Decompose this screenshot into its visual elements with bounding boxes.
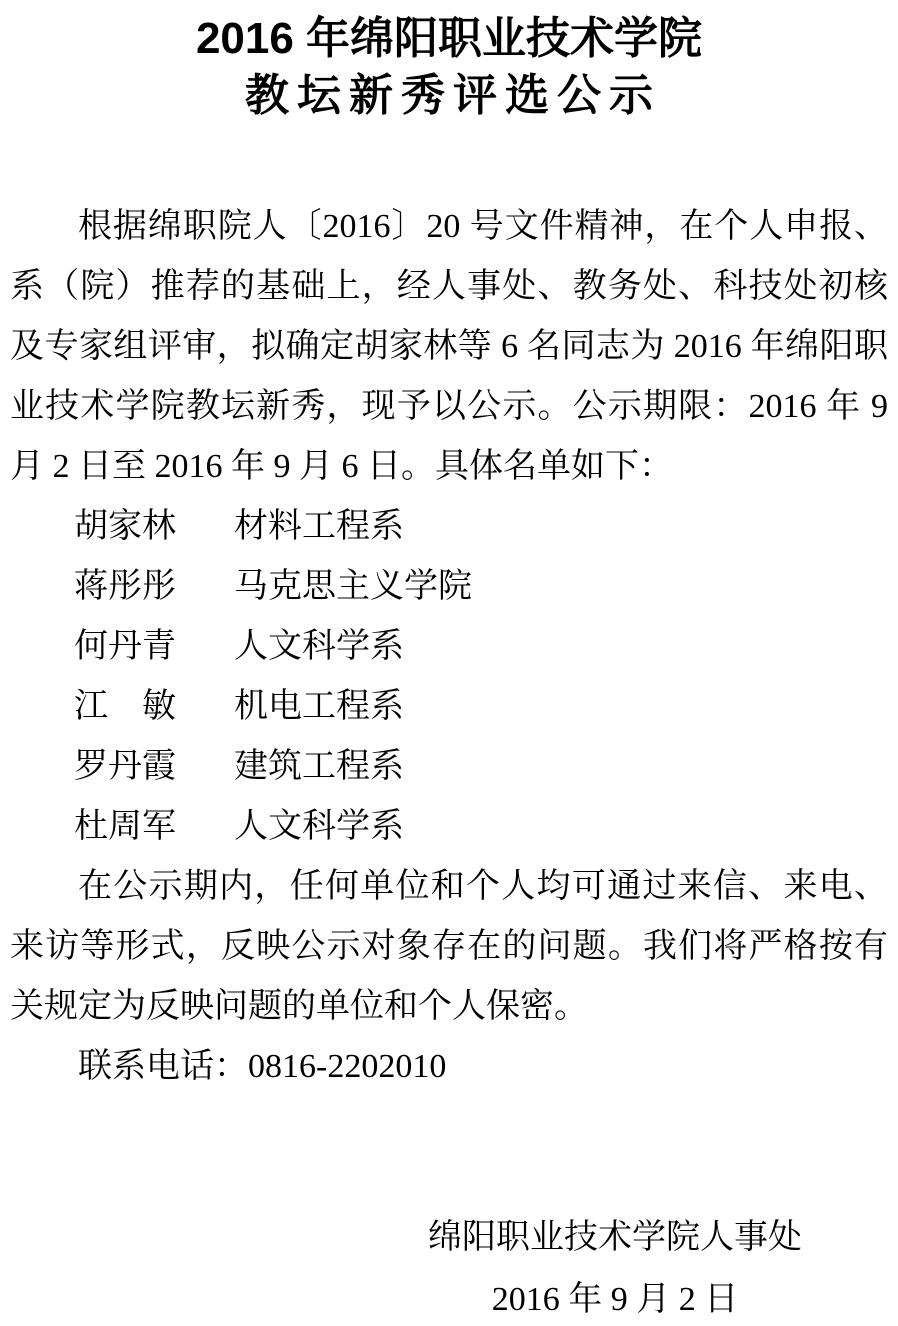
awardee-row: 胡家林材料工程系 [10, 497, 888, 557]
awardee-name: 罗丹霞 [74, 737, 234, 797]
document-title-line-1: 2016 年绵阳职业技术学院 [0, 10, 898, 67]
contact-phone: 联系电话：0816-2202010 [10, 1037, 888, 1097]
awardee-name: 杜周军 [74, 797, 234, 857]
paragraph-feedback: 在公示期内，任何单位和个人均可通过来信、来电、来访等形式，反映公示对象存在的问题… [10, 857, 888, 1037]
awardee-department: 人文科学系 [234, 628, 404, 665]
awardee-department: 材料工程系 [234, 508, 404, 545]
awardee-name: 江 敏 [74, 677, 234, 737]
awardee-row: 杜周军人文科学系 [10, 797, 888, 857]
signature-block: 绵阳职业技术学院人事处 2016 年 9 月 2 日 [428, 1218, 802, 1320]
awardee-department: 人文科学系 [234, 808, 404, 845]
document-body: 根据绵职院人〔2016〕20 号文件精神，在个人申报、系（院）推荐的基础上，经人… [0, 197, 898, 1320]
paragraph-intro: 根据绵职院人〔2016〕20 号文件精神，在个人申报、系（院）推荐的基础上，经人… [10, 197, 888, 497]
awardee-department: 机电工程系 [234, 688, 404, 725]
awardee-name: 胡家林 [74, 497, 234, 557]
awardee-name: 何丹青 [74, 617, 234, 677]
document-title: 2016 年绵阳职业技术学院 教坛新秀评选公示 [0, 0, 898, 124]
awardee-department: 马克思主义学院 [234, 568, 472, 605]
awardee-row: 江 敏机电工程系 [10, 677, 888, 737]
awardee-department: 建筑工程系 [234, 748, 404, 785]
awardee-row: 何丹青人文科学系 [10, 617, 888, 677]
awardee-list: 胡家林材料工程系 蒋彤彤马克思主义学院 何丹青人文科学系 江 敏机电工程系 罗丹… [10, 497, 888, 857]
awardee-row: 罗丹霞建筑工程系 [10, 737, 888, 797]
signature-date: 2016 年 9 月 2 日 [428, 1280, 802, 1320]
signature-unit: 绵阳职业技术学院人事处 [428, 1218, 802, 1258]
document-title-line-2: 教坛新秀评选公示 [0, 67, 898, 124]
document-page: 2016 年绵阳职业技术学院 教坛新秀评选公示 根据绵职院人〔2016〕20 号… [0, 0, 898, 1326]
awardee-row: 蒋彤彤马克思主义学院 [10, 557, 888, 617]
awardee-name: 蒋彤彤 [74, 557, 234, 617]
